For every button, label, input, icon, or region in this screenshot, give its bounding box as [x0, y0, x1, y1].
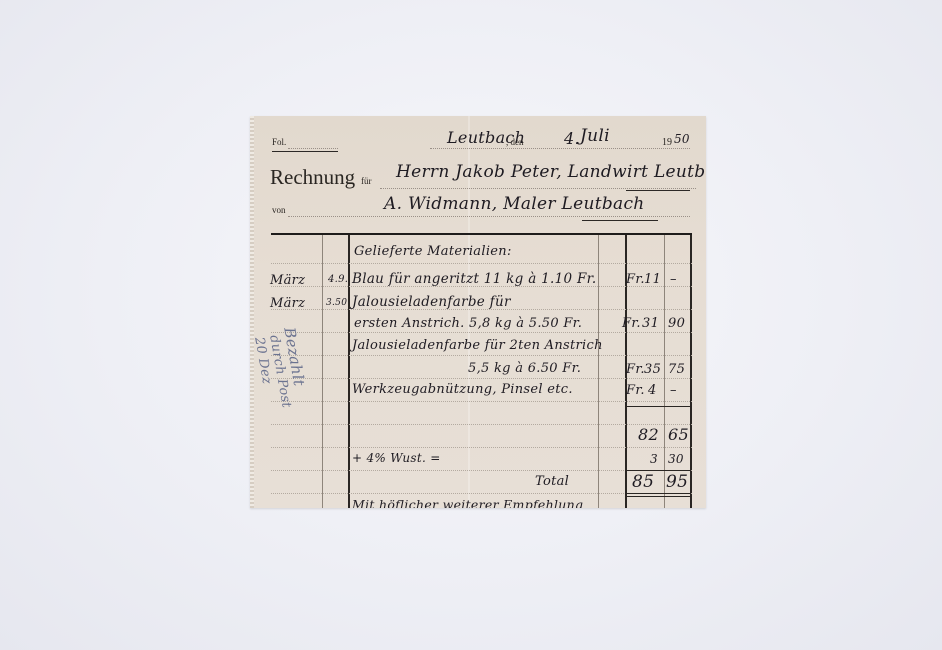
- line-item-amount-rp: –: [670, 383, 677, 398]
- date-line: [430, 148, 690, 149]
- line-item-description: Gelieferte Materialien:: [354, 244, 512, 259]
- recipient-line: [380, 188, 696, 189]
- table-top-rule: [271, 233, 692, 235]
- line-item-day: 3.50: [326, 298, 347, 308]
- sender-town-underline: [582, 220, 658, 221]
- total-double-rule-2: [625, 496, 691, 497]
- total-double-rule-1: [625, 493, 691, 494]
- total-top-rule: [625, 470, 691, 471]
- line-item-amount-rp: –: [670, 272, 677, 287]
- line-item-amount-fr: 4: [648, 383, 657, 398]
- line-item-amount-rp: 90: [668, 316, 685, 331]
- line-item-description: Blau für angeritzt 11 kg à 1.10 Fr.: [352, 271, 597, 287]
- subtotal-rule: [625, 406, 691, 407]
- line-item-currency: Fr.: [622, 316, 641, 331]
- year-suffix: 50: [674, 132, 690, 146]
- day-text: 4.: [564, 129, 580, 148]
- recipient-town-underline: [626, 190, 690, 191]
- closing-text: Mit höflicher weiterer Empfehlung: [352, 497, 583, 508]
- invoice-paper: Fol. Leutbach , den 4. Juli 19 50 Rechnu…: [250, 116, 706, 508]
- line-item-amount-rp: 75: [668, 362, 685, 377]
- line-item-currency: Fr.: [626, 272, 645, 287]
- tax-rp: 30: [668, 452, 684, 466]
- total-fr: 85: [632, 472, 654, 492]
- table-right-border: [690, 235, 692, 508]
- total-rp: 95: [666, 472, 688, 492]
- tax-fr: 3: [650, 452, 658, 466]
- line-item-description: Jalousieladenfarbe für 2ten Anstrich: [352, 338, 603, 353]
- line-item-amount-fr: 31: [642, 316, 659, 331]
- line-item-day: 4.9.: [328, 274, 348, 285]
- line-item-currency: Fr.: [626, 362, 645, 377]
- line-item-month: März: [270, 296, 305, 311]
- from-label: von: [272, 205, 286, 215]
- sender-line: [288, 216, 690, 217]
- column-divider-date: [322, 235, 323, 508]
- year-prefix: 19: [662, 137, 672, 148]
- line-item-description: ersten Anstrich. 5,8 kg à 5.50 Fr.: [354, 316, 582, 331]
- recipient-text: Herrn Jakob Peter, Landwirt Leutbach: [396, 162, 706, 182]
- date-label: , den: [506, 137, 524, 147]
- column-divider-cents: [664, 235, 665, 508]
- line-item-amount-fr: 11: [644, 272, 661, 287]
- folio-underline: [272, 151, 338, 152]
- total-label: Total: [535, 474, 569, 489]
- subtotal-fr: 82: [638, 425, 659, 444]
- for-label: für: [361, 176, 372, 186]
- tax-description: + 4% Wust. =: [352, 451, 441, 465]
- line-item-amount-fr: 35: [644, 362, 661, 377]
- sender-text: A. Widmann, Maler Leutbach: [384, 194, 645, 214]
- subtotal-rp: 65: [668, 425, 689, 444]
- column-divider-ref: [598, 235, 599, 508]
- line-item-description: Jalousieladenfarbe für: [352, 294, 511, 310]
- invoice-title: Rechnung: [270, 165, 355, 190]
- folio-label: Fol.: [272, 137, 286, 147]
- folio-line: [288, 148, 338, 149]
- line-item-description: Werkzeugabnützung, Pinsel etc.: [352, 382, 573, 397]
- line-item-month: März: [270, 273, 305, 288]
- month-text: Juli: [580, 126, 610, 146]
- line-item-description: 5,5 kg à 6.50 Fr.: [468, 361, 581, 376]
- line-item-currency: Fr.: [626, 383, 645, 398]
